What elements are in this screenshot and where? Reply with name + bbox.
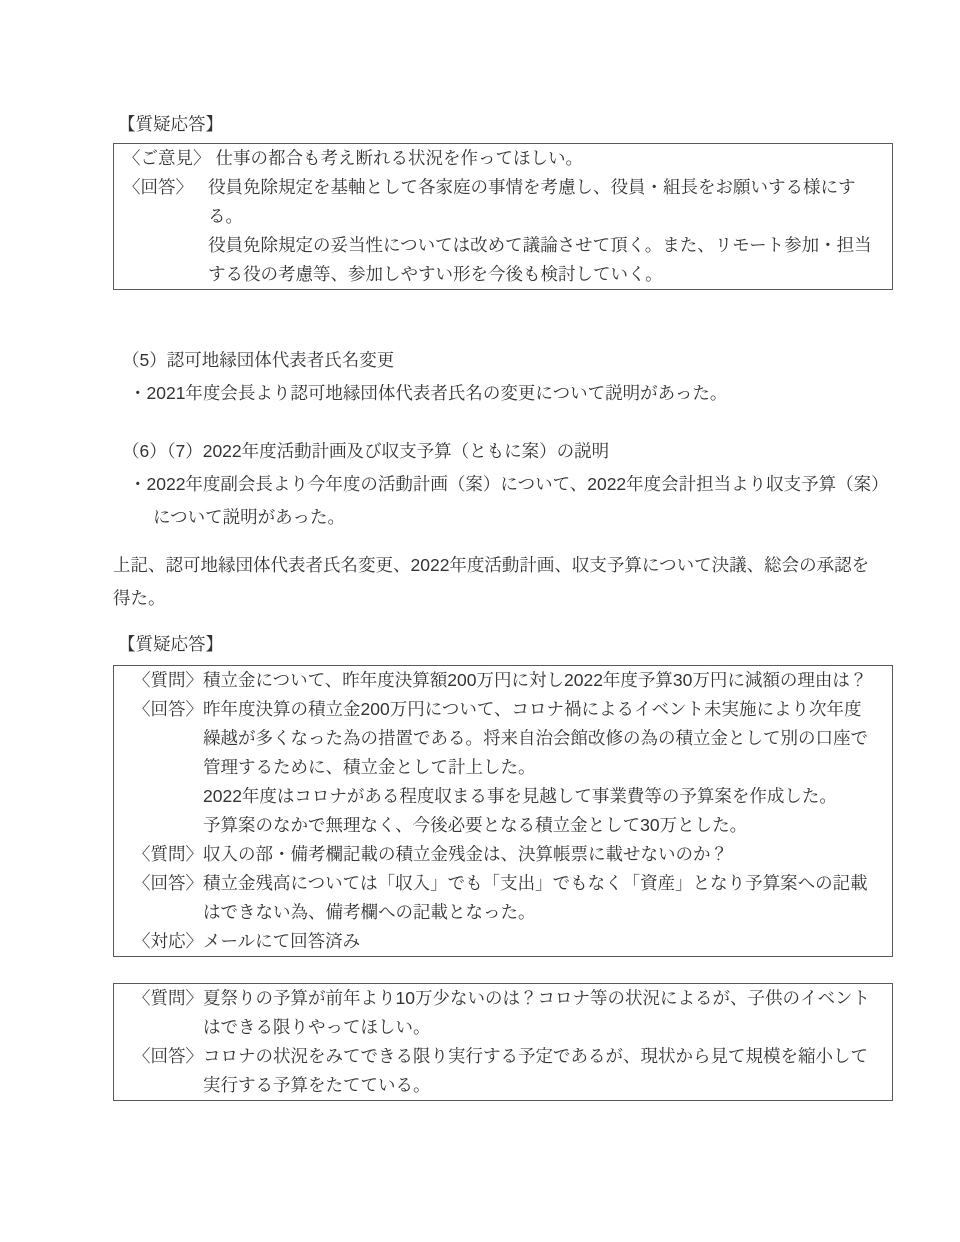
qa-text: メールにて回答済み — [203, 927, 885, 956]
qa-text: 仕事の都合も考え断れる状況を作ってほしい。 — [216, 144, 886, 173]
qa-box-budget-questions: 〈質問〉 積立金について、昨年度決算額200万円に対し2022年度予算30万円に… — [113, 665, 893, 957]
qa-label: 〈回答〉 — [133, 695, 203, 724]
qa-section-heading-2: 【質疑応答】 — [118, 628, 893, 661]
document-content: 【質疑応答】 〈ご意見〉 仕事の都合も考え断れる状況を作ってほしい。 〈回答〉 … — [113, 0, 893, 1101]
agenda-item-6-7-heading: （6）（7）2022年度活動計画及び収支予算（ともに案）の説明 — [122, 435, 893, 468]
qa-text: 収入の部・備考欄記載の積立金残金は、決算帳票に載せないのか？ — [203, 840, 885, 869]
qa-label: 〈質問〉 — [133, 984, 203, 1013]
qa-box-opinions: 〈ご意見〉 仕事の都合も考え断れる状況を作ってほしい。 〈回答〉 役員免除規定を… — [113, 143, 893, 290]
agenda-item-6-7-bullet: ・2022年度副会長より今年度の活動計画（案）について、2022年度会計担当より… — [129, 468, 913, 534]
resolution-paragraph: 上記、認可地縁団体代表者氏名変更、2022年度活動計画、収支予算について決議、総… — [113, 549, 913, 615]
agenda-item-5-heading: （5）認可地縁団体代表者氏名変更 — [122, 344, 893, 377]
qa-entry: 〈質問〉 積立金について、昨年度決算額200万円に対し2022年度予算30万円に… — [133, 666, 885, 695]
qa-label: 〈回答〉 — [133, 869, 203, 898]
qa-label: 〈ご意見〉 — [123, 144, 211, 173]
qa-label: 〈回答〉 — [123, 173, 208, 202]
document-page: 【質疑応答】 〈ご意見〉 仕事の都合も考え断れる状況を作ってほしい。 〈回答〉 … — [0, 0, 960, 1242]
agenda-item-5-bullet: ・2021年度会長より認可地縁団体代表者氏名の変更について説明があった。 — [129, 377, 913, 410]
qa-text: 積立金について、昨年度決算額200万円に対し2022年度予算30万円に減額の理由… — [203, 666, 885, 695]
qa-entry: 〈回答〉 昨年度決算の積立金200万円について、コロナ禍によるイベント未実施によ… — [133, 695, 885, 840]
qa-entry: 〈回答〉 コロナの状況をみてできる限り実行する予定であるが、現状から見て規模を縮… — [133, 1042, 885, 1100]
qa-entry: 〈回答〉 積立金残高については「収入」でも「支出」でもなく「資産」となり予算案へ… — [133, 869, 885, 927]
qa-entry: 〈対応〉 メールにて回答済み — [133, 927, 885, 956]
qa-entry: 〈質問〉 収入の部・備考欄記載の積立金残金は、決算帳票に載せないのか？ — [133, 840, 885, 869]
qa-entry: 〈回答〉 役員免除規定を基軸として各家庭の事情を考慮し、役員・組長をお願いする様… — [123, 173, 885, 289]
qa-text: 積立金残高については「収入」でも「支出」でもなく「資産」となり予算案への記載 は… — [203, 869, 885, 927]
qa-text: コロナの状況をみてできる限り実行する予定であるが、現状から見て規模を縮小して 実… — [203, 1042, 885, 1100]
qa-label: 〈質問〉 — [133, 666, 203, 695]
qa-label: 〈質問〉 — [133, 840, 203, 869]
qa-label: 〈対応〉 — [133, 927, 203, 956]
qa-entry: 〈ご意見〉 仕事の都合も考え断れる状況を作ってほしい。 — [123, 144, 885, 173]
qa-text: 昨年度決算の積立金200万円について、コロナ禍によるイベント未実施により次年度 … — [203, 695, 885, 840]
qa-section-heading-1: 【質疑応答】 — [118, 108, 893, 141]
qa-text: 夏祭りの予算が前年より10万少ないのは？コロナ等の状況によるが、子供のイベント … — [203, 984, 885, 1042]
qa-label: 〈回答〉 — [133, 1042, 203, 1071]
qa-entry: 〈質問〉 夏祭りの予算が前年より10万少ないのは？コロナ等の状況によるが、子供の… — [133, 984, 885, 1042]
qa-box-summer-festival: 〈質問〉 夏祭りの予算が前年より10万少ないのは？コロナ等の状況によるが、子供の… — [113, 983, 893, 1101]
qa-text: 役員免除規定を基軸として各家庭の事情を考慮し、役員・組長をお願いする様にする。 … — [208, 173, 885, 289]
